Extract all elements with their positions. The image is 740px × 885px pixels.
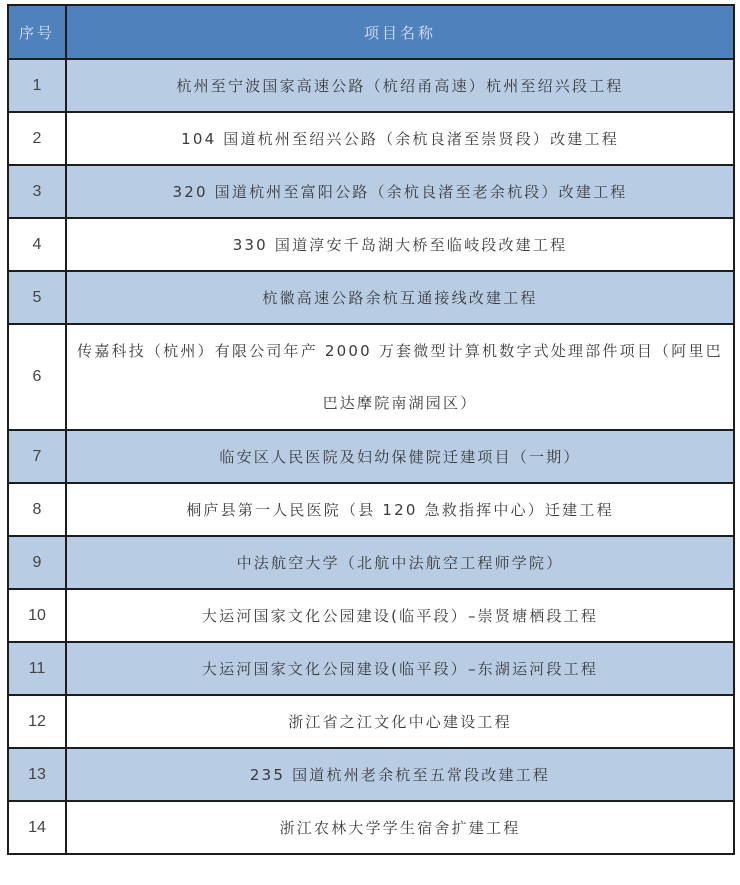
row-project-name: 235 国道杭州老余杭至五常段改建工程: [66, 748, 734, 801]
row-serial-number: 8: [8, 483, 66, 536]
table-row: 1 杭州至宁波国家高速公路（杭绍甬高速）杭州至绍兴段工程: [8, 59, 734, 112]
row-serial-number: 5: [8, 271, 66, 324]
row-project-name: 104 国道杭州至绍兴公路（余杭良渚至崇贤段）改建工程: [66, 112, 734, 165]
table-row: 14 浙江农林大学学生宿舍扩建工程: [8, 801, 734, 854]
row-serial-number: 11: [8, 642, 66, 695]
row-project-name: 330 国道淳安千岛湖大桥至临岐段改建工程: [66, 218, 734, 271]
row-project-name: 浙江省之江文化中心建设工程: [66, 695, 734, 748]
row-project-name: 传嘉科技（杭州）有限公司年产 2000 万套微型计算机数字式处理部件项目（阿里巴…: [66, 324, 734, 430]
row-serial-number: 13: [8, 748, 66, 801]
row-serial-number: 4: [8, 218, 66, 271]
table-row: 3 320 国道杭州至富阳公路（余杭良渚至老余杭段）改建工程: [8, 165, 734, 218]
row-project-name: 320 国道杭州至富阳公路（余杭良渚至老余杭段）改建工程: [66, 165, 734, 218]
row-serial-number: 2: [8, 112, 66, 165]
table-header-row: 序号 项目名称: [8, 5, 734, 59]
row-project-name: 中法航空大学（北航中法航空工程师学院）: [66, 536, 734, 589]
row-serial-number: 12: [8, 695, 66, 748]
table-row: 10 大运河国家文化公园建设(临平段）–崇贤塘栖段工程: [8, 589, 734, 642]
row-serial-number: 10: [8, 589, 66, 642]
table-row: 2 104 国道杭州至绍兴公路（余杭良渚至崇贤段）改建工程: [8, 112, 734, 165]
table-row: 8 桐庐县第一人民医院（县 120 急救指挥中心）迁建工程: [8, 483, 734, 536]
row-project-name: 大运河国家文化公园建设(临平段）–崇贤塘栖段工程: [66, 589, 734, 642]
row-project-name: 临安区人民医院及妇幼保健院迁建项目（一期）: [66, 430, 734, 483]
row-serial-number: 14: [8, 801, 66, 854]
row-serial-number: 1: [8, 59, 66, 112]
table-row: 5 杭徽高速公路余杭互通接线改建工程: [8, 271, 734, 324]
table-row: 13 235 国道杭州老余杭至五常段改建工程: [8, 748, 734, 801]
row-project-name: 桐庐县第一人民医院（县 120 急救指挥中心）迁建工程: [66, 483, 734, 536]
row-serial-number: 9: [8, 536, 66, 589]
row-serial-number: 7: [8, 430, 66, 483]
row-serial-number: 6: [8, 324, 66, 430]
table-row: 12 浙江省之江文化中心建设工程: [8, 695, 734, 748]
row-serial-number: 3: [8, 165, 66, 218]
table-row: 7 临安区人民医院及妇幼保健院迁建项目（一期）: [8, 430, 734, 483]
row-project-name: 浙江农林大学学生宿舍扩建工程: [66, 801, 734, 854]
table-row: 9 中法航空大学（北航中法航空工程师学院）: [8, 536, 734, 589]
row-project-name: 杭徽高速公路余杭互通接线改建工程: [66, 271, 734, 324]
row-project-name: 大运河国家文化公园建设(临平段）–东湖运河段工程: [66, 642, 734, 695]
table-row: 11 大运河国家文化公园建设(临平段）–东湖运河段工程: [8, 642, 734, 695]
project-list-table: 序号 项目名称 1 杭州至宁波国家高速公路（杭绍甬高速）杭州至绍兴段工程 2 1…: [7, 4, 735, 855]
row-project-name: 杭州至宁波国家高速公路（杭绍甬高速）杭州至绍兴段工程: [66, 59, 734, 112]
header-serial-number: 序号: [8, 5, 66, 59]
table-row: 4 330 国道淳安千岛湖大桥至临岐段改建工程: [8, 218, 734, 271]
table-row: 6 传嘉科技（杭州）有限公司年产 2000 万套微型计算机数字式处理部件项目（阿…: [8, 324, 734, 430]
header-project-name: 项目名称: [66, 5, 734, 59]
